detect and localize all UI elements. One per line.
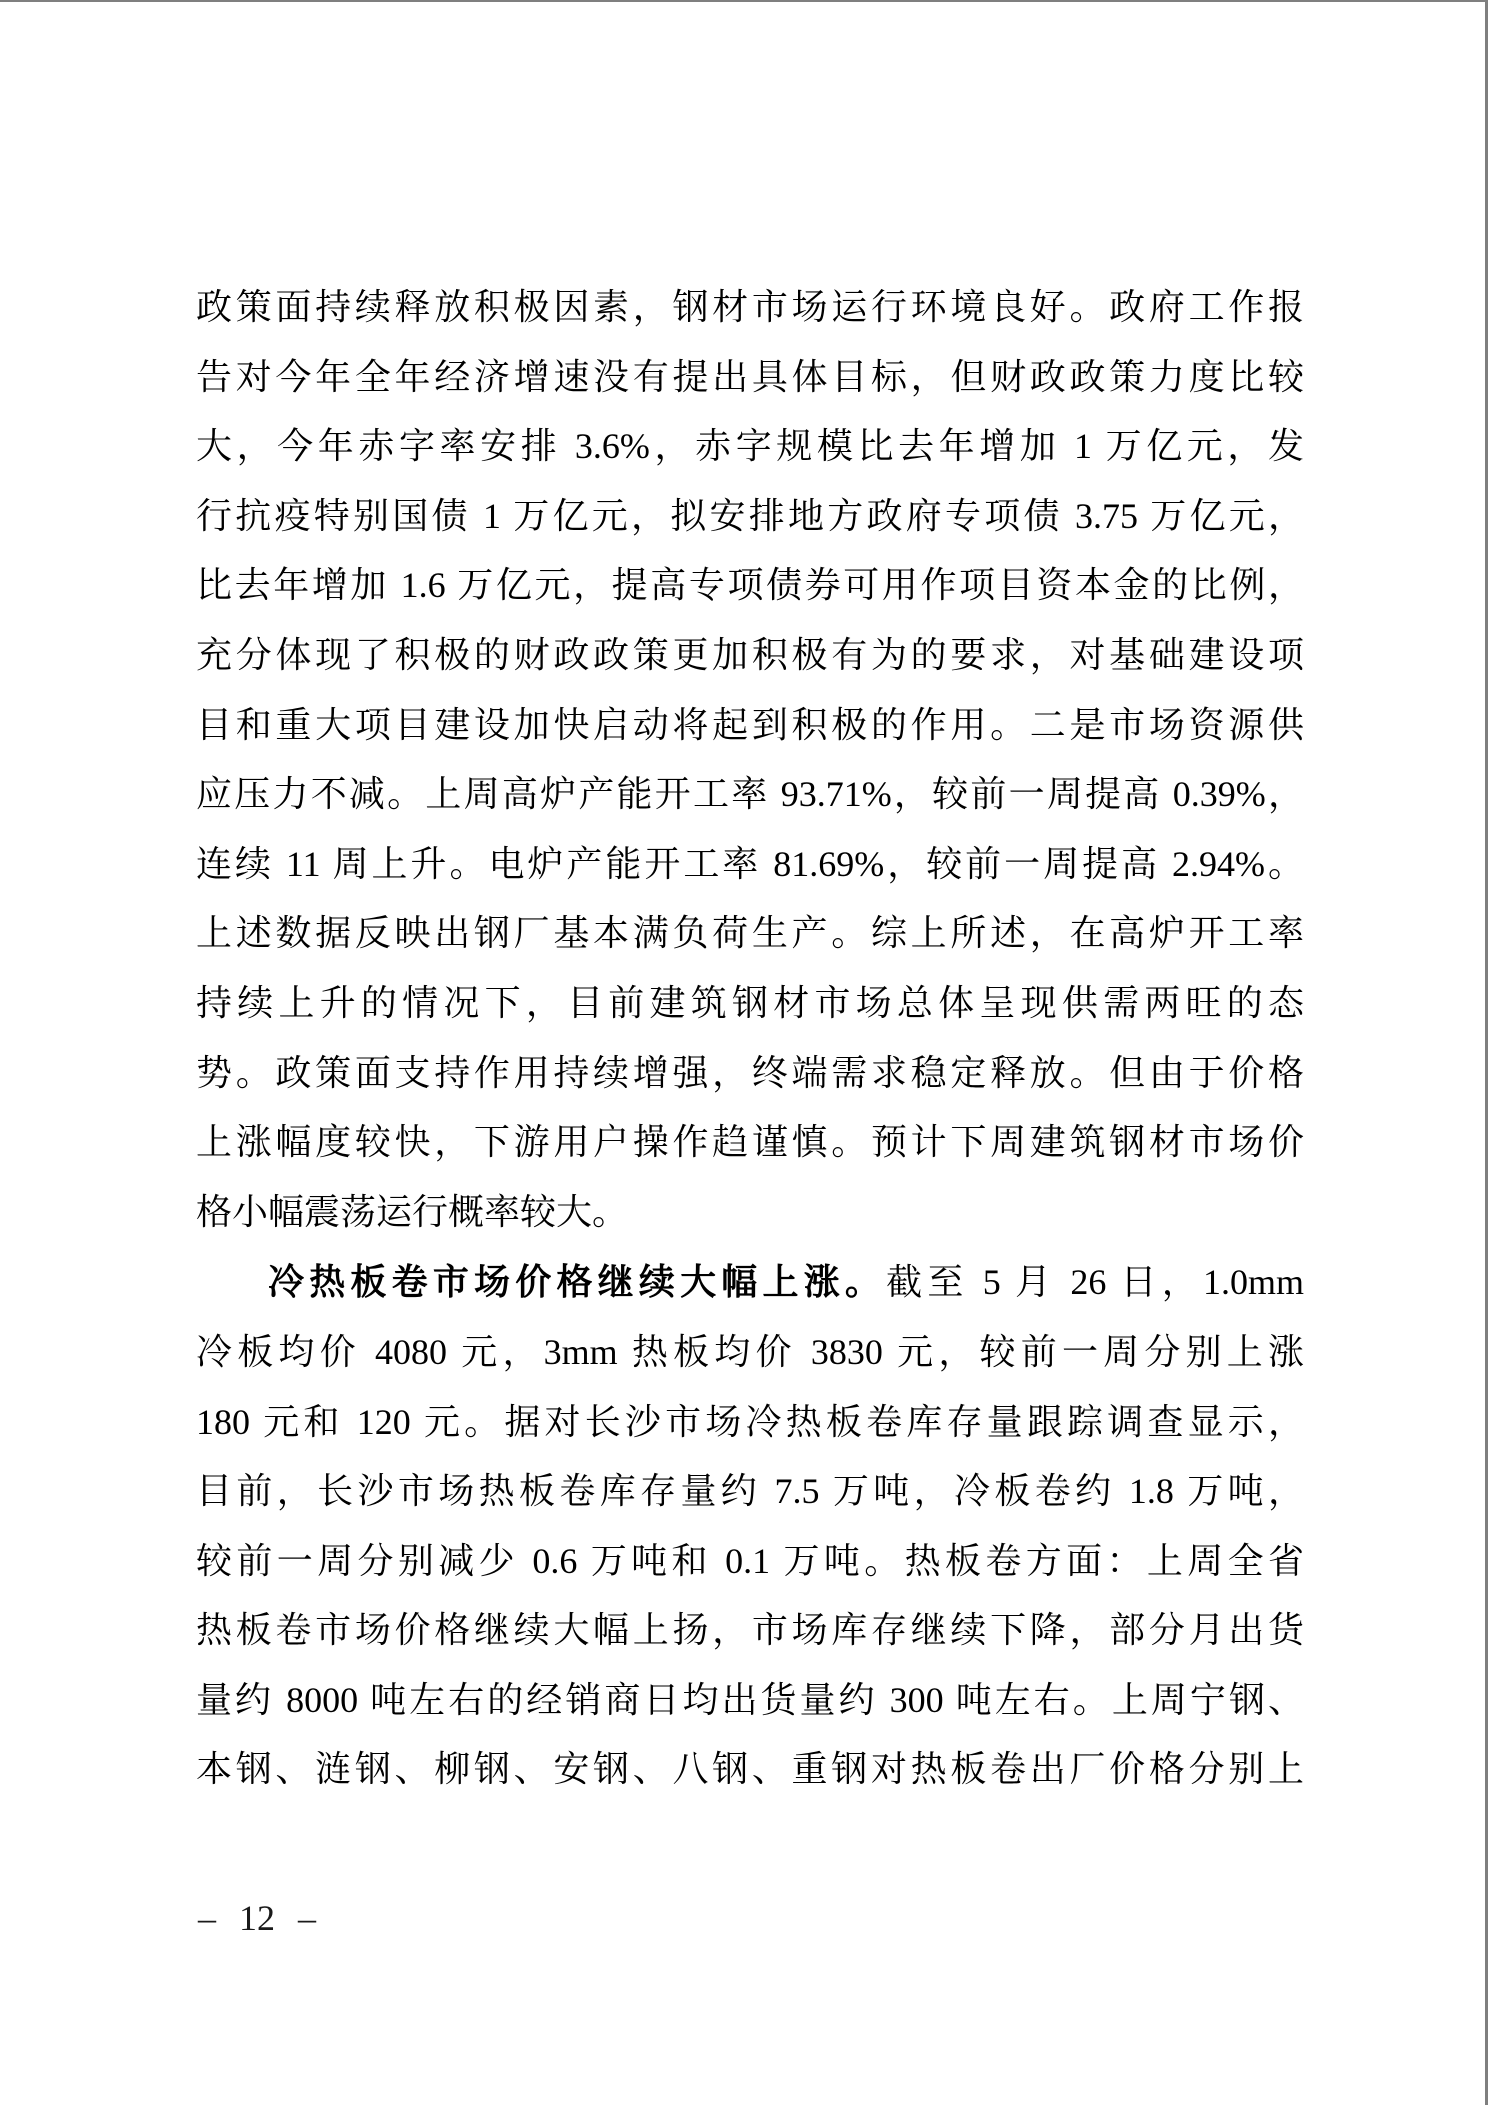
text-line: 大，今年赤字率安排 3.6%，赤字规模比去年增加 1 万亿元，发 [196, 412, 1304, 482]
text-line: 目和重大项目建设加快启动将起到积极的作用。二是市场资源供 [196, 691, 1304, 761]
text-line: 冷热板卷市场价格继续大幅上涨。截至 5 月 26 日，1.0mm [196, 1247, 1304, 1318]
text-line: 上述数据反映出钢厂基本满负荷生产。综上所述，在高炉开工率 [196, 899, 1304, 969]
text-line: 比去年增加 1.6 万亿元，提高专项债券可用作项目资本金的比例， [196, 551, 1304, 621]
paragraph-policy-continuation: 政策面持续释放积极因素，钢材市场运行环境良好。政府工作报告对今年全年经济增速没有… [196, 273, 1304, 1247]
text-line: 格小幅震荡运行概率较大。 [196, 1178, 1304, 1248]
text-line: 连续 11 周上升。电炉产能开工率 81.69%，较前一周提高 2.94%。 [196, 830, 1304, 900]
text-line: 热板卷市场价格继续大幅上扬，市场库存继续下降，部分月出货 [196, 1596, 1304, 1666]
document-page: 政策面持续释放积极因素，钢材市场运行环境良好。政府工作报告对今年全年经济增速没有… [0, 0, 1488, 2105]
page-footer: – 12 – [198, 1898, 316, 1938]
text-line: 较前一周分别减少 0.6 万吨和 0.1 万吨。热板卷方面：上周全省 [196, 1527, 1304, 1597]
text-line: 本钢、涟钢、柳钢、安钢、八钢、重钢对热板卷出厂价格分别上 [196, 1735, 1304, 1805]
paragraph-lead-bold: 冷热板卷市场价格继续大幅上涨。 [268, 1261, 886, 1302]
text-line: 应压力不减。上周高炉产能开工率 93.71%，较前一周提高 0.39%， [196, 760, 1304, 830]
paragraph-lead-rest: 截至 5 月 26 日，1.0mm [886, 1262, 1304, 1302]
page-number-label: – 12 – [198, 1898, 316, 1938]
text-line: 冷板均价 4080 元，3mm 热板均价 3830 元，较前一周分别上涨 [196, 1318, 1304, 1388]
text-line: 目前，长沙市场热板卷库存量约 7.5 万吨，冷板卷约 1.8 万吨， [196, 1457, 1304, 1527]
document-body: 政策面持续释放积极因素，钢材市场运行环境良好。政府工作报告对今年全年经济增速没有… [196, 273, 1304, 1805]
text-line: 政策面持续释放积极因素，钢材市场运行环境良好。政府工作报 [196, 273, 1304, 343]
text-line: 势。政策面支持作用持续增强，终端需求稳定释放。但由于价格 [196, 1039, 1304, 1109]
text-line: 上涨幅度较快，下游用户操作趋谨慎。预计下周建筑钢材市场价 [196, 1108, 1304, 1178]
text-line: 180 元和 120 元。据对长沙市场冷热板卷库存量跟踪调查显示， [196, 1388, 1304, 1458]
text-line: 告对今年全年经济增速没有提出具体目标，但财政政策力度比较 [196, 343, 1304, 413]
text-line: 量约 8000 吨左右的经销商日均出货量约 300 吨左右。上周宁钢、 [196, 1666, 1304, 1736]
paragraph-rest-lines: 冷板均价 4080 元，3mm 热板均价 3830 元，较前一周分别上涨180 … [196, 1318, 1304, 1805]
text-line: 行抗疫特别国债 1 万亿元，拟安排地方政府专项债 3.75 万亿元， [196, 482, 1304, 552]
text-line: 持续上升的情况下，目前建筑钢材市场总体呈现供需两旺的态 [196, 969, 1304, 1039]
paragraph-cold-hot-rolled: 冷热板卷市场价格继续大幅上涨。截至 5 月 26 日，1.0mm 冷板均价 40… [196, 1247, 1304, 1805]
text-line: 充分体现了积极的财政政策更加积极有为的要求，对基础建设项 [196, 621, 1304, 691]
